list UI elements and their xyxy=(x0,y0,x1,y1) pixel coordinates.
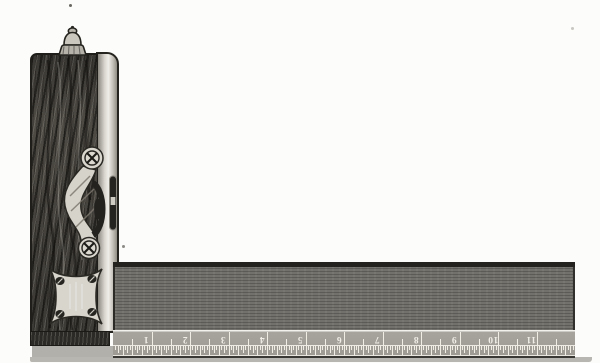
ruler-tick xyxy=(423,346,424,350)
ruler-tick xyxy=(339,346,340,353)
ruler-tick xyxy=(561,346,562,353)
ruler-tick xyxy=(337,346,338,350)
ruler-tick xyxy=(176,346,177,353)
ruler-tick xyxy=(318,346,319,350)
ruler-tick xyxy=(407,346,408,353)
ruler-tick xyxy=(375,346,376,350)
ruler-tick xyxy=(363,339,364,355)
ruler-tick xyxy=(310,346,311,353)
ruler-tick xyxy=(354,346,355,355)
ruler-tick xyxy=(272,346,273,353)
ruler-tick xyxy=(168,346,169,350)
ruler-tick xyxy=(173,346,174,350)
ruler-tick xyxy=(349,346,350,353)
ruler-tick xyxy=(361,346,362,350)
inch-number: 5 xyxy=(290,333,310,344)
ruler-tick xyxy=(409,346,410,350)
ruler-tick xyxy=(202,346,203,350)
ruler-tick xyxy=(493,346,494,353)
ruler-tick xyxy=(411,346,412,355)
ruler-tick xyxy=(262,346,263,353)
ruler-tick xyxy=(265,346,266,350)
ruler-tick xyxy=(549,346,550,350)
inch-number: 8 xyxy=(406,333,426,344)
ruler-tick xyxy=(115,346,116,350)
ruler-tick xyxy=(135,346,136,350)
ruler-tick xyxy=(197,346,198,350)
ruler-tick xyxy=(464,346,465,353)
ruler-tick xyxy=(178,346,179,350)
ruler-tick xyxy=(315,346,316,355)
engraving-try-square: 1234567891011 xyxy=(0,0,600,363)
stock-bottom-band xyxy=(30,331,110,346)
ruler-tick xyxy=(308,346,309,350)
ruler-tick xyxy=(127,346,128,353)
ruler-tick xyxy=(301,346,302,353)
ruler-tick xyxy=(192,346,193,350)
ruler-tick xyxy=(195,346,196,353)
ruler-tick xyxy=(428,346,429,350)
ruler-tick xyxy=(416,346,417,353)
ruler-tick xyxy=(447,346,448,350)
ruler-tick xyxy=(296,346,297,355)
speck xyxy=(69,4,72,7)
ruler-tick xyxy=(351,346,352,350)
ruler-tick xyxy=(532,346,533,353)
ruler-tick xyxy=(164,346,165,350)
ruler-tick xyxy=(342,346,343,350)
ruler-tick xyxy=(395,346,396,350)
ruler-tick xyxy=(431,346,432,355)
ruler-tick xyxy=(260,346,261,350)
inch-number: 2 xyxy=(175,333,195,344)
ruler-tick xyxy=(503,346,504,353)
ruler-tick xyxy=(209,339,210,355)
ruler-tick xyxy=(248,339,249,355)
ruler-tick xyxy=(303,346,304,350)
ruler-tick xyxy=(289,346,290,350)
ruler-tick xyxy=(161,346,162,355)
ruler-tick xyxy=(385,346,386,350)
ruler-tick xyxy=(479,339,480,355)
ruler-tick xyxy=(457,346,458,350)
ruler-tick xyxy=(298,346,299,350)
ruler-tick xyxy=(373,346,374,355)
ruler-tick xyxy=(159,346,160,350)
blade-top-edge xyxy=(113,262,575,267)
ruler-tick xyxy=(313,346,314,350)
ruler-tick xyxy=(332,346,333,350)
ruler-tick xyxy=(257,346,258,355)
ruler-tick xyxy=(180,346,181,355)
ruler-tick xyxy=(450,346,451,355)
ruler-tick xyxy=(125,346,126,350)
ruler-tick xyxy=(390,346,391,350)
ruler-tick xyxy=(510,346,511,350)
ruler-tick xyxy=(231,346,232,350)
inch-number: 9 xyxy=(444,333,464,344)
ruler-tick xyxy=(238,346,239,355)
ruler-tick xyxy=(378,346,379,353)
ruler-tick xyxy=(293,346,294,350)
ruler-tick xyxy=(496,346,497,350)
ruler-tick xyxy=(322,346,323,350)
ruler-tick xyxy=(402,339,403,355)
ruler-tick xyxy=(462,346,463,350)
ruler-tick xyxy=(368,346,369,353)
blade-bottom-edge xyxy=(113,356,575,358)
ruler-tick xyxy=(214,346,215,353)
ruler-tick xyxy=(551,346,552,353)
ruler-tick xyxy=(573,346,574,350)
ruler-tick xyxy=(236,346,237,350)
ruler-tick xyxy=(553,346,554,350)
ruler-tick xyxy=(524,346,525,350)
ruler-tick xyxy=(556,339,557,355)
ruler-tick xyxy=(245,346,246,350)
ruler-tick xyxy=(212,346,213,350)
ruler-tick xyxy=(433,346,434,350)
ruler-tick xyxy=(546,346,547,355)
ruler-tick xyxy=(568,346,569,350)
ruler-tick xyxy=(481,346,482,350)
ruler-tick xyxy=(137,346,138,353)
ruler-tick xyxy=(269,346,270,350)
ruler-tick xyxy=(183,346,184,350)
ruler-tick xyxy=(204,346,205,353)
inch-number: 7 xyxy=(367,333,387,344)
ruler-tick xyxy=(123,346,124,355)
ruler-tick xyxy=(226,346,227,350)
ruler-tick xyxy=(320,346,321,353)
ruler-tick xyxy=(130,346,131,350)
ruler-tick xyxy=(219,346,220,355)
inch-number: 1 xyxy=(136,333,156,344)
ruler-tick xyxy=(426,346,427,353)
ruler-tick xyxy=(472,346,473,350)
ruler-tick xyxy=(250,346,251,350)
ruler-tick xyxy=(435,346,436,353)
ruler-tick xyxy=(440,339,441,355)
ruler-tick xyxy=(274,346,275,350)
ruler-tick xyxy=(188,346,189,350)
ruler-tick xyxy=(529,346,530,350)
ruler-tick xyxy=(149,346,150,350)
ruler-tick xyxy=(243,346,244,353)
inch-number: 4 xyxy=(252,333,272,344)
ruler-tick xyxy=(255,346,256,350)
ruler-tick xyxy=(452,346,453,350)
ruler-tick xyxy=(334,346,335,355)
ruler-tick xyxy=(221,346,222,350)
stock-wood-body xyxy=(30,53,98,333)
ruler-tick xyxy=(142,346,143,355)
ruler-tick xyxy=(253,346,254,353)
ruler-tick xyxy=(512,346,513,353)
ruler-tick xyxy=(387,346,388,353)
ruler-tick xyxy=(515,346,516,350)
ruler-tick xyxy=(399,346,400,350)
ruler-tick xyxy=(325,339,326,355)
ruler-tick xyxy=(565,346,566,355)
ruler-tick xyxy=(558,346,559,350)
ruler-tick xyxy=(520,346,521,350)
ruler-tick xyxy=(171,339,172,355)
inch-number: 3 xyxy=(213,333,233,344)
ruler-tick xyxy=(185,346,186,353)
ruler-tick xyxy=(508,346,509,355)
speck xyxy=(571,27,574,30)
ruler-tick xyxy=(346,346,347,350)
ruler-tick xyxy=(570,346,571,353)
thumb-nut-icon xyxy=(59,26,86,55)
ruler-tick xyxy=(291,346,292,353)
ruler-tick xyxy=(154,346,155,350)
ruler-tick xyxy=(380,346,381,350)
ruler-tick xyxy=(467,346,468,350)
ruler-tick xyxy=(233,346,234,353)
ruler-tick xyxy=(404,346,405,350)
ruler-tick xyxy=(286,339,287,355)
inch-number: 6 xyxy=(329,333,349,344)
ruler-tick xyxy=(517,339,518,355)
ruler-tick xyxy=(476,346,477,350)
ruler-tick xyxy=(356,346,357,350)
ruler-tick xyxy=(522,346,523,353)
ruler-tick xyxy=(216,346,217,350)
ruler-tick xyxy=(539,346,540,350)
ruler-tick xyxy=(500,346,501,350)
ruler-tick xyxy=(445,346,446,353)
ruler-tick xyxy=(366,346,367,350)
ruler-tick xyxy=(474,346,475,353)
ruler-tick xyxy=(486,346,487,350)
ruler-tick xyxy=(541,346,542,353)
ruler-tick xyxy=(144,346,145,350)
ruler-tick xyxy=(484,346,485,353)
ruler-tick xyxy=(132,339,133,355)
ruler-tick xyxy=(370,346,371,350)
ruler-tick xyxy=(469,346,470,355)
ruler-tick xyxy=(414,346,415,350)
ruler-tick xyxy=(488,346,489,355)
ruler-tick xyxy=(166,346,167,353)
ruler-tick xyxy=(534,346,535,350)
ruler-tick xyxy=(139,346,140,350)
ruler-tick xyxy=(392,346,393,355)
ruler-tick xyxy=(327,346,328,350)
ruler-tick xyxy=(156,346,157,353)
ruler-tick xyxy=(358,346,359,353)
ruler-tick xyxy=(438,346,439,350)
ruler-tick xyxy=(147,346,148,353)
ruler-tick xyxy=(207,346,208,350)
stock-shadow xyxy=(32,346,113,357)
ruler-tick xyxy=(224,346,225,353)
ruler-tick xyxy=(120,346,121,350)
ruler-tick xyxy=(277,346,278,355)
ruler-tick xyxy=(281,346,282,353)
ruler-tick xyxy=(397,346,398,353)
inch-number: 10 xyxy=(483,333,503,344)
ruler-tick xyxy=(527,346,528,355)
ruler-tick xyxy=(419,346,420,350)
ruler-tick xyxy=(200,346,201,355)
ruler-tick xyxy=(491,346,492,350)
ruler-tick xyxy=(284,346,285,350)
ruler-tick xyxy=(455,346,456,353)
ruler-tick xyxy=(544,346,545,350)
ruler-tick xyxy=(443,346,444,350)
inch-number: 11 xyxy=(521,333,541,344)
ruler-tick xyxy=(118,346,119,353)
ruler-tick xyxy=(563,346,564,350)
ruler-tick xyxy=(505,346,506,350)
ruler-tick xyxy=(241,346,242,350)
ruler-tick xyxy=(279,346,280,350)
speck xyxy=(122,245,125,248)
ruler-tick xyxy=(330,346,331,353)
